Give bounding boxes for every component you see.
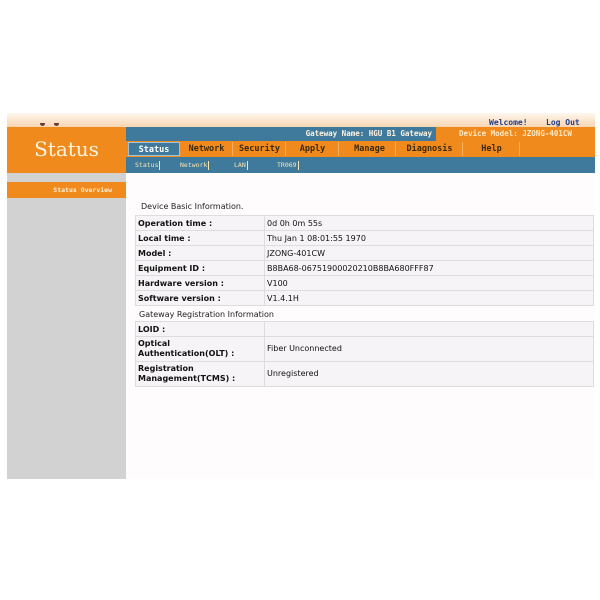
- row-value: 0d 0h 0m 55s: [265, 216, 594, 231]
- tab-apply[interactable]: Apply: [287, 142, 339, 156]
- row-label: Software version :: [136, 291, 265, 306]
- row-label: Local time :: [136, 231, 265, 246]
- sidebar-item-status-overview[interactable]: Status Overview: [7, 182, 126, 198]
- row-label: Registration Management(TCMS) :: [136, 362, 265, 387]
- sidebar: Status Overview: [7, 173, 126, 479]
- row-value: Fiber Unconnected: [265, 337, 594, 362]
- device-info-table: Operation time :0d 0h 0m 55sLocal time :…: [135, 215, 594, 306]
- subtab-tr069[interactable]: TR069: [277, 157, 299, 173]
- table-row: Hardware version :V100: [136, 276, 594, 291]
- table-row: Model :JZONG-401CW: [136, 246, 594, 261]
- table-row: Operation time :0d 0h 0m 55s: [136, 216, 594, 231]
- router-admin-page: Welcome! Log Out Status Gateway Name: HG…: [7, 113, 595, 479]
- tab-manage[interactable]: Manage: [344, 142, 396, 156]
- tab-network[interactable]: Network: [181, 142, 233, 156]
- separator: [298, 161, 299, 170]
- table-row: LOID :: [136, 322, 594, 337]
- table-row: Equipment ID :B8BA68-06751900020210B8BA6…: [136, 261, 594, 276]
- row-label: Hardware version :: [136, 276, 265, 291]
- table-row: Local time :Thu Jan 1 08:01:55 1970: [136, 231, 594, 246]
- separator: [247, 161, 248, 170]
- row-label: Operation time :: [136, 216, 265, 231]
- subtab-lan[interactable]: LAN: [234, 157, 248, 173]
- table-row: Software version :V1.4.1H: [136, 291, 594, 306]
- row-value: V1.4.1H: [265, 291, 594, 306]
- subtab-lan-label: LAN: [234, 161, 246, 169]
- gateway-reg-title: Gateway Registration Information: [139, 310, 274, 319]
- tab-status[interactable]: Status: [128, 142, 180, 156]
- subtab-network-label: Network: [180, 161, 207, 169]
- subtab-network[interactable]: Network: [180, 157, 209, 173]
- main-nav: Status Network Security Apply Manage Dia…: [126, 141, 595, 157]
- logout-link[interactable]: Log Out: [546, 118, 580, 127]
- subtab-status[interactable]: Status: [135, 157, 160, 173]
- row-label: Model :: [136, 246, 265, 261]
- gateway-info-row: Gateway Name: HGU B1 Gateway Device Mode…: [126, 127, 595, 141]
- separator: [208, 161, 209, 170]
- gateway-reg-table: LOID :Optical Authentication(OLT) :Fiber…: [135, 321, 594, 387]
- page-title: Status: [7, 137, 126, 161]
- gateway-name: Gateway Name: HGU B1 Gateway: [126, 127, 436, 141]
- row-label: LOID :: [136, 322, 265, 337]
- device-info-title: Device Basic Information.: [141, 202, 243, 211]
- row-value: JZONG-401CW: [265, 246, 594, 261]
- content-area: Device Basic Information. Operation time…: [126, 173, 595, 479]
- row-label: Optical Authentication(OLT) :: [136, 337, 265, 362]
- tab-security[interactable]: Security: [234, 142, 286, 156]
- separator: [159, 161, 160, 170]
- page-title-box: Status: [7, 127, 126, 173]
- row-value: Unregistered: [265, 362, 594, 387]
- device-model: Device Model: JZONG-401CW: [436, 127, 595, 141]
- row-value: V100: [265, 276, 594, 291]
- table-row: Optical Authentication(OLT) :Fiber Uncon…: [136, 337, 594, 362]
- table-row: Registration Management(TCMS) :Unregiste…: [136, 362, 594, 387]
- tab-diagnosis[interactable]: Diagnosis: [397, 142, 463, 156]
- tab-help[interactable]: Help: [464, 142, 520, 156]
- subtab-status-label: Status: [135, 161, 158, 169]
- subtab-tr069-label: TR069: [277, 161, 297, 169]
- row-label: Equipment ID :: [136, 261, 265, 276]
- row-value: B8BA68-06751900020210B8BA680FFF87: [265, 261, 594, 276]
- row-value: [265, 322, 594, 337]
- row-value: Thu Jan 1 08:01:55 1970: [265, 231, 594, 246]
- top-banner: Welcome! Log Out: [7, 113, 595, 127]
- sub-nav: Status Network LAN TR069: [126, 157, 595, 173]
- welcome-text: Welcome!: [489, 118, 528, 127]
